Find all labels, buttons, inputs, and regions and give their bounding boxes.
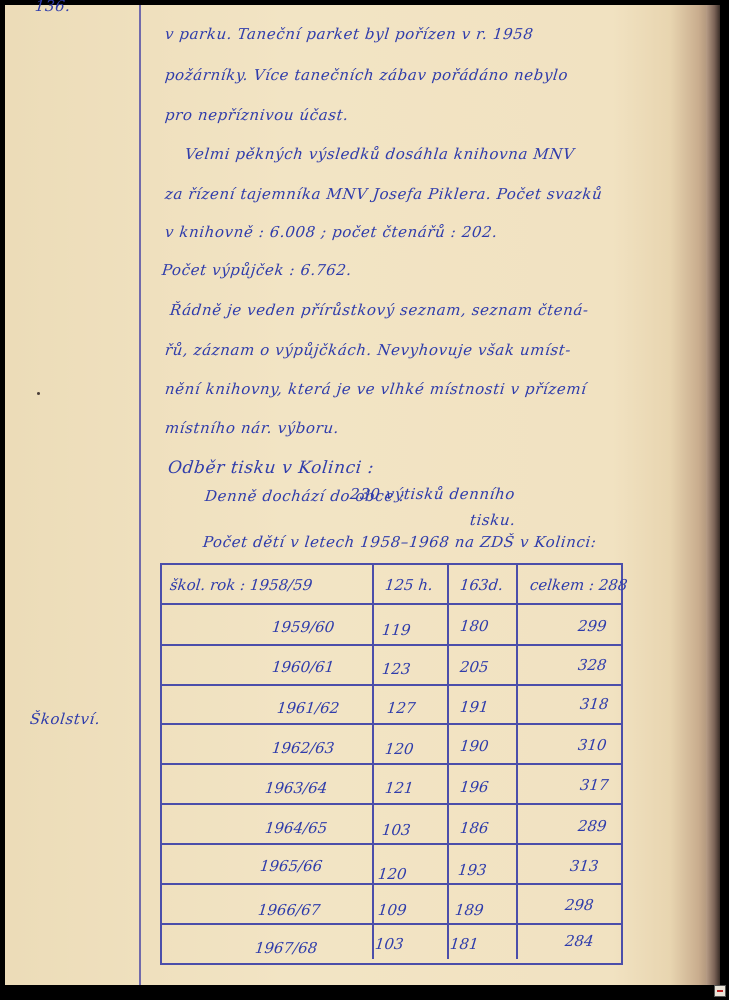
cell-total: 313 bbox=[569, 857, 600, 875]
text-line: řů, záznam o výpůjčkách. Nevyhovuje však… bbox=[164, 341, 572, 359]
cell-boys: 120 bbox=[384, 740, 415, 758]
cell-school-year: 1960/61 bbox=[271, 658, 335, 676]
cell-boys: 123 bbox=[381, 660, 412, 678]
cell-school-year: 1959/60 bbox=[271, 618, 335, 636]
cell-boys: 103 bbox=[374, 935, 405, 953]
text-line: místního nár. výboru. bbox=[164, 419, 340, 437]
ink-spot bbox=[37, 392, 40, 395]
section-heading: Odběr tisku v Kolinci : bbox=[167, 458, 375, 478]
cell-school-year: 1965/66 bbox=[259, 857, 323, 875]
cell-total: 318 bbox=[579, 695, 610, 713]
page-number: 136. bbox=[34, 0, 72, 15]
cell-total: 317 bbox=[579, 776, 610, 794]
cell-girls: 190 bbox=[459, 737, 490, 755]
margin-note: Školství. bbox=[29, 710, 101, 728]
cell-girls: 205 bbox=[459, 658, 490, 676]
text-line: Velmi pěkných výsledků dosáhla knihovna … bbox=[184, 145, 575, 163]
cell-school-year: 1961/62 bbox=[276, 699, 340, 717]
text-line: nění knihovny, která je ve vlhké místnos… bbox=[164, 380, 588, 398]
text-line: za řízení tajemníka MNV Josefa Piklera. … bbox=[164, 185, 603, 203]
cell-girls: 191 bbox=[459, 698, 490, 716]
cell-total: celkem : 288 bbox=[529, 576, 628, 594]
cell-boys: 103 bbox=[381, 821, 412, 839]
cell-boys: 109 bbox=[377, 901, 408, 919]
cell-girls: 180 bbox=[459, 617, 490, 635]
cell-boys: 121 bbox=[384, 779, 415, 797]
viewer-minimize-icon[interactable] bbox=[714, 985, 726, 997]
cell-girls: 186 bbox=[459, 819, 490, 837]
cell-school-year: 1967/68 bbox=[254, 939, 318, 957]
cell-boys: 125 h. bbox=[384, 576, 434, 594]
text-line: pro nepříznivou účast. bbox=[164, 106, 350, 124]
cell-school-year: 1966/67 bbox=[257, 901, 321, 919]
cell-girls: 181 bbox=[449, 935, 480, 953]
page-binding-shadow bbox=[706, 5, 720, 985]
table-title: Počet dětí v letech 1958–1968 na ZDŠ v K… bbox=[202, 533, 597, 551]
cell-total: 298 bbox=[564, 896, 595, 914]
cell-total: 289 bbox=[577, 817, 608, 835]
cell-school-year: 1963/64 bbox=[264, 779, 328, 797]
cell-boys: 120 bbox=[377, 865, 408, 883]
cell-school-year: 1962/63 bbox=[271, 739, 335, 757]
cell-boys: 127 bbox=[386, 699, 417, 717]
text-line: Řádně je veden přírůstkový seznam, sezna… bbox=[169, 301, 590, 319]
cell-total: 310 bbox=[577, 736, 608, 754]
margin-line bbox=[139, 5, 141, 985]
cell-total: 328 bbox=[577, 656, 608, 674]
cell-girls: 163d. bbox=[459, 576, 504, 594]
text-line: v parku. Taneční parket byl pořízen v r.… bbox=[164, 25, 535, 43]
cell-girls: 189 bbox=[454, 901, 485, 919]
cell-school-year: škol. rok : 1958/59 bbox=[169, 576, 313, 594]
cell-school-year: 1964/65 bbox=[264, 819, 328, 837]
text-line: 230 výtisků denního bbox=[349, 485, 516, 503]
text-line: požárníky. Více tanečních zábav pořádáno… bbox=[164, 66, 569, 84]
notebook-page: 136. v parku. Taneční parket byl pořízen… bbox=[5, 5, 720, 985]
cell-boys: 119 bbox=[381, 621, 412, 639]
text-line: Počet výpůjček : 6.762. bbox=[161, 261, 353, 279]
children-count-table: škol. rok : 1958/59 125 h. 163d. celkem … bbox=[160, 563, 623, 965]
text-line: tisku. bbox=[469, 511, 517, 529]
cell-girls: 193 bbox=[457, 861, 488, 879]
text-line: v knihovně : 6.008 ; počet čtenářů : 202… bbox=[164, 223, 499, 241]
cell-total: 284 bbox=[564, 932, 595, 950]
cell-total: 299 bbox=[577, 617, 608, 635]
cell-girls: 196 bbox=[459, 778, 490, 796]
